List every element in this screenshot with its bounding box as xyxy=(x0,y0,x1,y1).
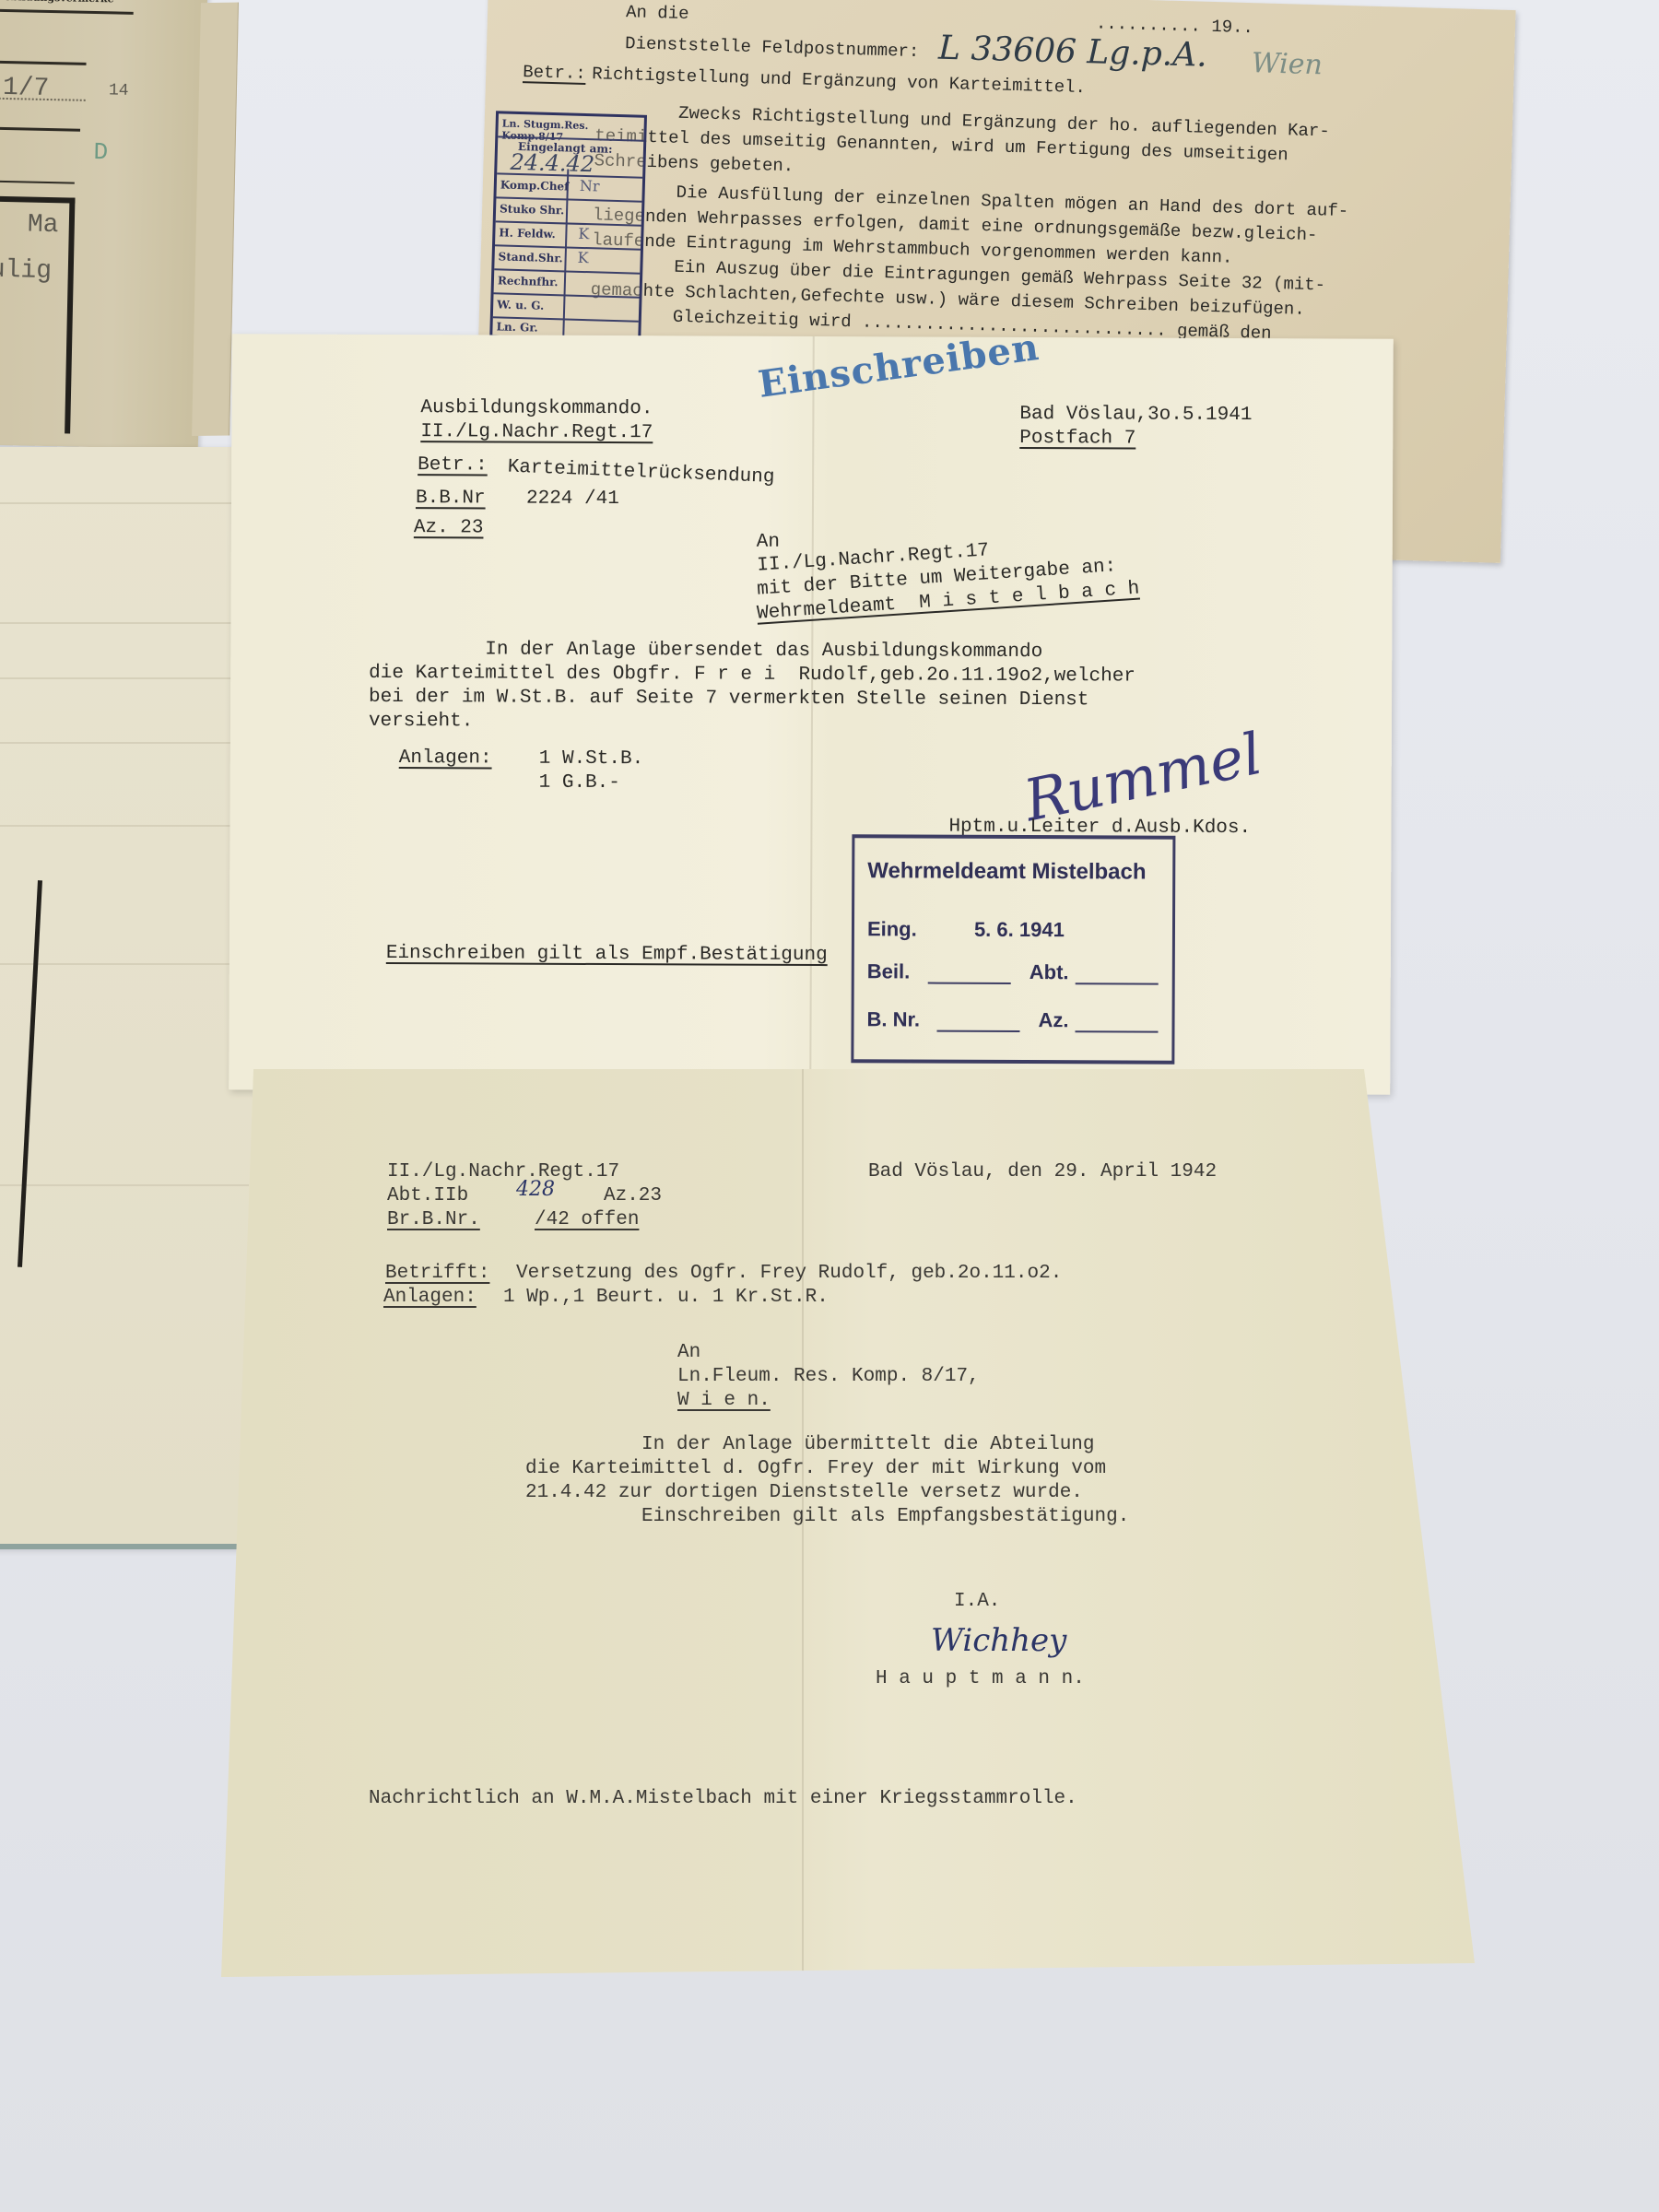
faint-line xyxy=(0,502,249,504)
stamp-rule xyxy=(495,244,641,250)
subject-label: Betr.: xyxy=(523,62,586,84)
enclosure-item: 1 G.B.- xyxy=(539,772,620,794)
wehrpass-booklet: Ausbildungsvermerke 1/7 14 D Ma ulig xyxy=(0,0,207,449)
brbnr-suffix: /42 offen xyxy=(535,1209,639,1230)
file-ref: Az.23 xyxy=(604,1185,662,1206)
letter-1941: Einschreiben Ausbildungskommando. II./Lg… xyxy=(229,334,1394,1094)
pen-fragment: ulig xyxy=(0,256,52,286)
divider xyxy=(0,61,87,65)
stamp-row-label: H. Feldw. xyxy=(499,226,556,241)
feldpost-value: L 33606 Lg.p.A. xyxy=(938,29,1208,75)
subject-label: Betr.: xyxy=(418,454,488,476)
stamp-row-label: Komp.Chef xyxy=(500,178,570,193)
faint-line xyxy=(0,742,249,744)
stamp-row-label: Rechnfhr. xyxy=(498,274,559,288)
enclosures: 1 Wp.,1 Beurt. u. 1 Kr.St.R. xyxy=(503,1287,829,1308)
signature: Wichhey xyxy=(931,1622,1066,1659)
postfach: Postfach 7 xyxy=(1019,428,1135,450)
faint-line xyxy=(0,825,249,827)
wehrpass-header: Ausbildungsvermerke xyxy=(0,0,114,5)
signer-title: H a u p t m a n n. xyxy=(876,1668,1085,1689)
body-line: die Karteimittel d. Ogfr. Frey der mit W… xyxy=(525,1458,1106,1479)
faint-line xyxy=(0,1184,249,1186)
subject: Versetzung des Ogfr. Frey Rudolf, geb.2o… xyxy=(516,1263,1062,1284)
registered-mail-stamp: Einschreiben xyxy=(756,325,1041,406)
stamp-row-mark: K xyxy=(577,249,588,266)
sender-line: Ausbildungskommando. xyxy=(420,397,653,419)
body-line: In der Anlage übermittelt die Abteilung xyxy=(525,1434,1095,1455)
receipt-stamp: Ln. Stugm.Res. Komp.8/17 Eingelangt am: … xyxy=(489,111,647,341)
stamp-eing-date: 5. 6. 1941 xyxy=(974,918,1065,942)
faint-line xyxy=(0,677,249,679)
feldpost-city: Wien xyxy=(1251,47,1323,81)
recipient-line: W i e n. xyxy=(677,1390,771,1411)
stamp-az-label: Az. xyxy=(1038,1008,1068,1032)
subject-label: Betrifft: xyxy=(385,1263,489,1284)
stamp-bnr-label: B. Nr. xyxy=(866,1007,920,1031)
body-line: Einschreiben gilt als Empfangsbestätigun… xyxy=(525,1506,1129,1527)
faint-line xyxy=(0,622,249,624)
footer-note: Einschreiben gilt als Empf.Bestätigung xyxy=(386,943,828,966)
enclosure-item: 1 W.St.B. xyxy=(539,748,644,770)
pen-fragment: Ma xyxy=(28,211,59,241)
recipient-line: An xyxy=(757,532,780,553)
binding-line xyxy=(18,880,42,1267)
stamp-eing-label: Eing. xyxy=(867,917,917,941)
divider xyxy=(0,127,80,132)
left-booklet: III xyxy=(0,447,267,1549)
recipient-line: Ln.Fleum. Res. Komp. 8/17, xyxy=(677,1366,980,1387)
stamp-column-rule xyxy=(562,169,569,336)
stamp-row-label: Stand.Shr. xyxy=(498,250,562,265)
green-mark: D xyxy=(93,138,108,166)
body-line: bei der im W.St.B. auf Seite 7 vermerkte… xyxy=(369,687,1088,711)
subject: Karteimittelrücksendung xyxy=(507,457,775,488)
stamp-abt-label: Abt. xyxy=(1030,960,1069,984)
letter-1942: II./Lg.Nachr.Regt.17 Abt.IIb Az.23 Br.B.… xyxy=(221,1069,1475,1977)
recipient-line: An xyxy=(677,1342,700,1363)
stamp-rule xyxy=(494,268,640,274)
divider xyxy=(0,180,75,183)
stamp-beil-label: Beil. xyxy=(867,959,911,983)
feldpost-label: Dienststelle Feldpostnummer: xyxy=(625,33,920,62)
divider xyxy=(0,9,134,15)
sender-line: II./Lg.Nachr.Regt.17 xyxy=(387,1161,619,1182)
fold-crease xyxy=(809,336,815,1092)
stamp-blank xyxy=(936,1030,1019,1032)
place-date: Bad Vöslau,3o.5.1941 xyxy=(1019,404,1252,426)
stamp-blank xyxy=(928,982,1011,984)
body-line: versieht. xyxy=(369,711,474,732)
body-line: In der Anlage übersendet das Ausbildungs… xyxy=(369,639,1042,663)
stamp-blank xyxy=(1076,982,1159,984)
stamp-row-label: Stuko Shr. xyxy=(500,202,565,217)
page-number: 14 xyxy=(109,81,129,100)
enclosures-label: Anlagen: xyxy=(383,1287,477,1308)
ia-mark: I.A. xyxy=(954,1591,1000,1612)
stamp-rule xyxy=(496,220,641,226)
brbnr-handwritten: 428 xyxy=(516,1178,555,1201)
stamp-row-mark: Nr xyxy=(580,177,600,195)
brbnr-label: Br.B.Nr. xyxy=(387,1209,480,1230)
to-line: An die xyxy=(626,2,689,24)
body-line: die Karteimittel des Obgfr. F r e i Rudo… xyxy=(369,663,1135,688)
place-date: Bad Vöslau, den 29. April 1942 xyxy=(868,1161,1217,1182)
department: Abt.IIb xyxy=(387,1185,468,1206)
stamp-row-label: Ln. Gr. xyxy=(496,320,538,334)
stamp-blank xyxy=(1075,1030,1158,1032)
body-line: 21.4.42 zur dortigen Dienststelle verset… xyxy=(525,1482,1083,1503)
stamp-rule xyxy=(494,292,640,298)
sender-line: II./Lg.Nachr.Regt.17 xyxy=(420,421,653,443)
file-ref: Az. 23 xyxy=(414,517,484,538)
stamp-row-mark: K xyxy=(578,225,589,242)
stamp-row-label: W. u. G. xyxy=(497,298,544,312)
bbnr-label: B.B.Nr xyxy=(416,488,486,509)
stamp-office: Wehrmeldeamt Mistelbach xyxy=(867,858,1146,885)
received-stamp: Wehrmeldeamt Mistelbach Eing. 5. 6. 1941… xyxy=(851,834,1175,1065)
cc-note: Nachrichtlich an W.M.A.Mistelbach mit ei… xyxy=(369,1788,1077,1809)
bbnr-value: 2224 /41 xyxy=(526,488,619,510)
stamp-rule xyxy=(496,196,641,202)
enclosures-label: Anlagen: xyxy=(399,747,492,769)
